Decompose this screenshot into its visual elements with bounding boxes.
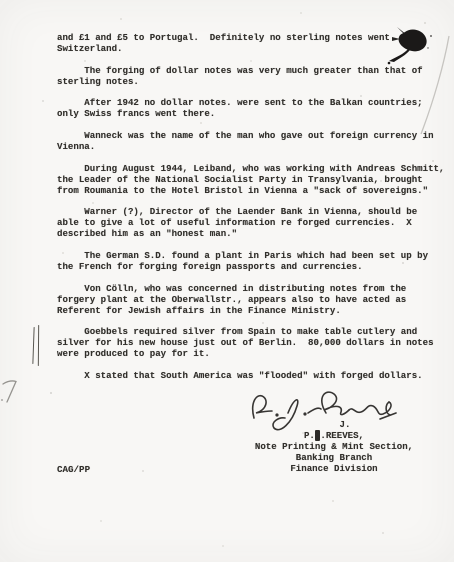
paragraph: X stated that South America was "flooded… [57, 371, 451, 382]
text-line: sterling notes. [57, 77, 451, 88]
reference-initials: CAG/PP [57, 464, 90, 475]
org-lines: Note Printing & Mint Section,Banking Bra… [248, 441, 420, 474]
paper-crease [418, 34, 452, 138]
text-line: Von Cölln, who was concerned in distribu… [57, 284, 451, 295]
text-line: described him as an "honest man." [57, 229, 451, 240]
paragraph: The German S.D. found a plant in Paris w… [57, 251, 451, 273]
text-line: were produced to pay for it. [57, 349, 451, 360]
text-line: Wanneck was the name of the man who gave… [57, 131, 451, 142]
paragraph: During August 1944, Leiband, who was wor… [57, 164, 451, 197]
text-line: only Swiss francs went there. [57, 109, 451, 120]
scan-noise [0, 0, 2, 2]
org-line: Finance Division [248, 463, 420, 474]
signature-block: J. P.J.REEVES, Note Printing & Mint Sect… [248, 419, 420, 474]
signatory-name: P.J.REEVES, [248, 430, 420, 441]
paragraphs: and £1 and £5 to Portugal. Definitely no… [57, 33, 451, 382]
text-line: the Leader of the National Socialist Par… [57, 175, 451, 186]
text-line: X stated that South America was "flooded… [57, 371, 451, 382]
typed-correction: J. [248, 419, 420, 430]
scanned-document-page: and £1 and £5 to Portugal. Definitely no… [0, 0, 454, 562]
text-line: from Roumania to the Hotel Bristol in Vi… [57, 186, 451, 197]
text-line: Referent for Jewish affairs in the Finan… [57, 306, 451, 317]
margin-tick-mark [37, 325, 39, 366]
text-line: Vienna. [57, 142, 451, 153]
org-line: Note Printing & Mint Section, [248, 441, 420, 452]
org-line: Banking Branch [248, 452, 420, 463]
text-line: forgery plant at the Oberwallstr., appea… [57, 295, 451, 306]
paragraph: After 1942 no dollar notes. were sent to… [57, 98, 451, 120]
text-line: the French for forging foreign passports… [57, 262, 451, 273]
margin-pencil-mark [0, 377, 22, 405]
margin-tick-mark [32, 327, 35, 364]
paragraph: Von Cölln, who was concerned in distribu… [57, 284, 451, 317]
paragraph: Wanneck was the name of the man who gave… [57, 131, 451, 153]
paragraph: Goebbels required silver from Spain to m… [57, 327, 451, 360]
paragraph: Warner (?), Director of the Laender Bank… [57, 207, 451, 240]
